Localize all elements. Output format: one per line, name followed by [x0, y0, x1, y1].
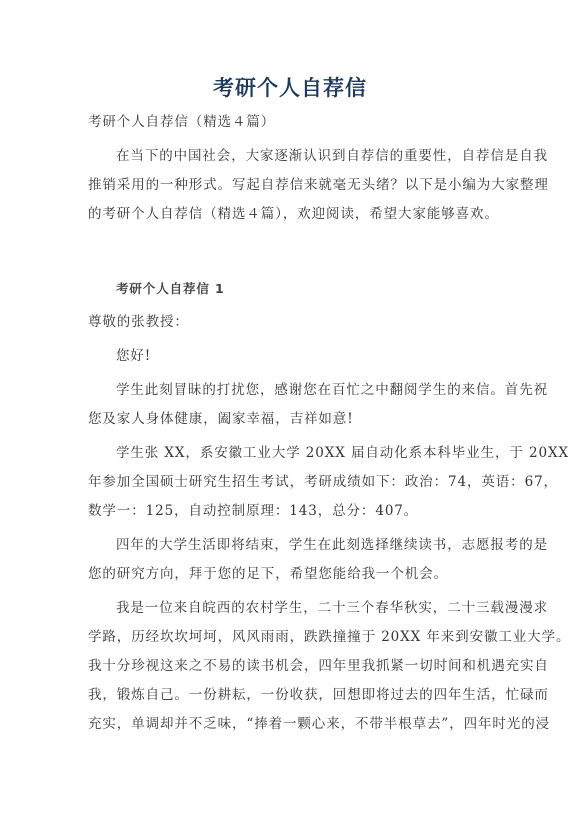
intro-line: 的考研个人自荐信（精选４篇），欢迎阅读，希望大家能够喜欢。	[88, 200, 488, 229]
intro-line: 在当下的中国社会，大家逐渐认识到自荐信的重要性，自荐信是自我	[88, 142, 488, 171]
paragraph-line: 充实，单调却并不乏味，“捧着一颗心来，不带半根草去”，四年时光的浸	[88, 710, 488, 739]
paragraph-line: 我十分珍视这来之不易的读书机会，四年里我抓紧一切时间和机遇充实自	[88, 652, 488, 681]
greeting: 您好!	[88, 342, 488, 371]
document-body: 考研个人自荐信（精选４篇） 在当下的中国社会，大家逐渐认识到自荐信的重要性，自荐…	[88, 108, 488, 739]
document-title: 考研个人自荐信	[0, 72, 580, 102]
paragraph-line: 学生此刻冒昧的打扰您，感谢您在百忙之中翻阅学生的来信。首先祝	[88, 376, 488, 405]
body-paragraph: 四年的大学生活即将结束，学生在此刻选择继续读书，志愿报考的是 您的研究方向，拜于…	[88, 531, 488, 589]
intro-line: 推销采用的一种形式。写起自荐信来就毫无头绪？以下是小编为大家整理	[88, 171, 488, 200]
paragraph-line: 四年的大学生活即将结束，学生在此刻选择继续读书，志愿报考的是	[88, 531, 488, 560]
paragraph-line: 数学一：125，自动控制原理：143，总分：407。	[88, 497, 488, 526]
body-paragraph: 我是一位来自皖西的农村学生，二十三个春华秋实，二十三载漫漫求 学路，历经坎坎坷坷…	[88, 594, 488, 739]
body-paragraph: 学生张 XX，系安徽工业大学 20XX 届自动化系本科毕业生，于 20XX 年参…	[88, 439, 488, 526]
paragraph-line: 您的研究方向，拜于您的足下，希望您能给我一个机会。	[88, 560, 488, 589]
intro-paragraph: 在当下的中国社会，大家逐渐认识到自荐信的重要性，自荐信是自我 推销采用的一种形式…	[88, 142, 488, 229]
paragraph-line: 年参加全国硕士研究生招生考试，考研成绩如下：政治：74，英语：67，	[88, 468, 488, 497]
section-heading: 考研个人自荐信 1	[88, 274, 488, 303]
paragraph-line: 我是一位来自皖西的农村学生，二十三个春华秋实，二十三载漫漫求	[88, 594, 488, 623]
document-page: 考研个人自荐信 考研个人自荐信（精选４篇） 在当下的中国社会，大家逐渐认识到自荐…	[0, 0, 580, 820]
paragraph-line: 学生张 XX，系安徽工业大学 20XX 届自动化系本科毕业生，于 20XX	[88, 439, 488, 468]
paragraph-line: 学路，历经坎坎坷坷，风风雨雨，跌跌撞撞于 20XX 年来到安徽工业大学。	[88, 623, 488, 652]
salutation: 尊敬的张教授：	[88, 308, 488, 337]
paragraph-line: 我，锻炼自己。一份耕耘，一份收获，回想即将过去的四年生活，忙碌而	[88, 681, 488, 710]
body-paragraph: 学生此刻冒昧的打扰您，感谢您在百忙之中翻阅学生的来信。首先祝 您及家人身体健康，…	[88, 376, 488, 434]
document-subtitle: 考研个人自荐信（精选４篇）	[88, 108, 488, 137]
paragraph-line: 您及家人身体健康，阖家幸福，吉祥如意!	[88, 405, 488, 434]
